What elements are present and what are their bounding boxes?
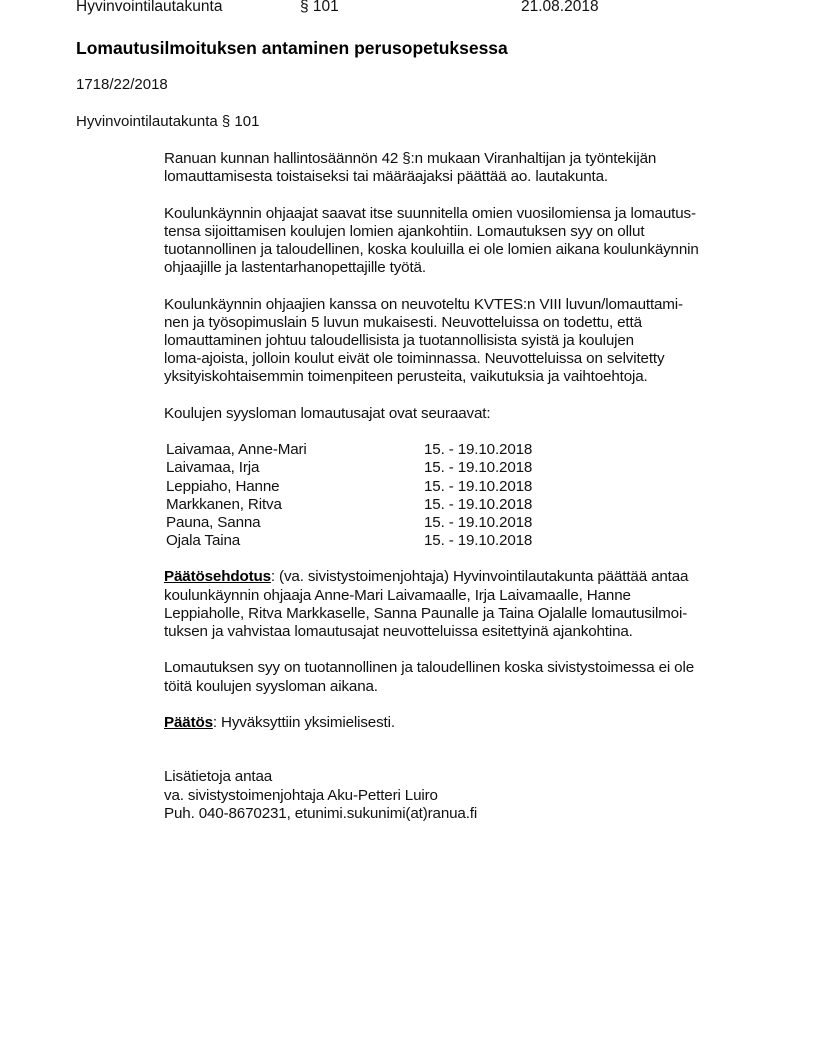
- text-line: Ranuan kunnan hallintosäännön 42 §:n muk…: [164, 150, 754, 168]
- paragraph-planning: Koulunkäynnin ohjaajat saavat itse suunn…: [164, 205, 754, 278]
- text-line: Leppiaholle, Ritva Markkaselle, Sanna Pa…: [164, 605, 754, 623]
- contact-person: va. sivistystoimenjohtaja Aku-Petteri Lu…: [164, 787, 754, 805]
- layoff-period: 15. - 19.10.2018: [424, 478, 532, 496]
- layoff-period: 15. - 19.10.2018: [424, 441, 532, 459]
- text-line: : (va. sivistystoimenjohtaja) Hyvinvoint…: [271, 568, 688, 585]
- header-section: § 101: [300, 0, 339, 16]
- decision-paragraph: Päätös: Hyväksyttiin yksimielisesti.: [164, 714, 754, 732]
- layoff-schedule-table: Laivamaa, Anne-Mari 15. - 19.10.2018 Lai…: [164, 441, 532, 550]
- employee-name: Laivamaa, Irja: [164, 459, 424, 477]
- paragraph-negotiations: Koulunkäynnin ohjaajien kanssa on neuvot…: [164, 296, 754, 387]
- text-line: koulunkäynnin ohjaaja Anne-Mari Laivamaa…: [164, 587, 754, 605]
- text-line: Koulunkäynnin ohjaajien kanssa on neuvot…: [164, 296, 754, 314]
- text-line: töitä koulujen syysloman aikana.: [164, 678, 754, 696]
- employee-name: Markkanen, Ritva: [164, 496, 424, 514]
- reason-paragraph: Lomautuksen syy on tuotannollinen ja tal…: [164, 659, 754, 695]
- proposal-first-line: Päätösehdotus: (va. sivistystoimenjohtaj…: [164, 568, 754, 586]
- layoff-period: 15. - 19.10.2018: [424, 459, 532, 477]
- text-line: lomauttamisesta toistaiseksi tai määräaj…: [164, 168, 754, 186]
- text-line: Lomautuksen syy on tuotannollinen ja tal…: [164, 659, 754, 677]
- table-row: Ojala Taina 15. - 19.10.2018: [164, 532, 532, 550]
- text-line: yksityiskohtaisemmin toimenpiteen perust…: [164, 368, 754, 386]
- contact-intro: Lisätietoja antaa: [164, 768, 754, 786]
- table-row: Leppiaho, Hanne 15. - 19.10.2018: [164, 478, 532, 496]
- text-line: tensa sijoittamisen koulujen lomien ajan…: [164, 223, 754, 241]
- decision-text: : Hyväksyttiin yksimielisesti.: [213, 714, 395, 731]
- proposal-paragraph: Päätösehdotus: (va. sivistystoimenjohtaj…: [164, 568, 754, 641]
- employee-name: Ojala Taina: [164, 532, 424, 550]
- layoff-period: 15. - 19.10.2018: [424, 514, 532, 532]
- text-line: tuotannollinen ja taloudellinen, koska k…: [164, 241, 754, 259]
- employee-name: Leppiaho, Hanne: [164, 478, 424, 496]
- document-number: 1718/22/2018: [76, 76, 168, 94]
- employee-name: Pauna, Sanna: [164, 514, 424, 532]
- text-line: tuksen ja vahvistaa lomautusajat neuvott…: [164, 623, 754, 641]
- header-date: 21.08.2018: [521, 0, 599, 16]
- contact-block: Lisätietoja antaa va. sivistystoimenjoht…: [164, 768, 754, 823]
- section-heading: Hyvinvointilautakunta § 101: [76, 113, 259, 131]
- text-line: nen ja työsopimuslain 5 luvun mukaisesti…: [164, 314, 754, 332]
- table-row: Laivamaa, Anne-Mari 15. - 19.10.2018: [164, 441, 532, 459]
- header-committee: Hyvinvointilautakunta: [76, 0, 222, 16]
- layoff-period: 15. - 19.10.2018: [424, 496, 532, 514]
- table-row: Markkanen, Ritva 15. - 19.10.2018: [164, 496, 532, 514]
- table-row: Pauna, Sanna 15. - 19.10.2018: [164, 514, 532, 532]
- table-row: Laivamaa, Irja 15. - 19.10.2018: [164, 459, 532, 477]
- document-body: Ranuan kunnan hallintosäännön 42 §:n muk…: [164, 150, 754, 841]
- contact-details: Puh. 040-8670231, etunimi.sukunimi(at)ra…: [164, 805, 754, 823]
- document-title: Lomautusilmoituksen antaminen perusopetu…: [76, 37, 508, 59]
- proposal-label: Päätösehdotus: [164, 568, 271, 585]
- paragraph-schedule-intro: Koulujen syysloman lomautusajat ovat seu…: [164, 405, 754, 423]
- paragraph-legal-basis: Ranuan kunnan hallintosäännön 42 §:n muk…: [164, 150, 754, 186]
- text-line: ohjaajille ja lastentarhanopettajille ty…: [164, 259, 754, 277]
- employee-name: Laivamaa, Anne-Mari: [164, 441, 424, 459]
- text-line: lomauttaminen johtuu taloudellisista ja …: [164, 332, 754, 350]
- layoff-period: 15. - 19.10.2018: [424, 532, 532, 550]
- decision-label: Päätös: [164, 714, 213, 731]
- text-line: Koulunkäynnin ohjaajat saavat itse suunn…: [164, 205, 754, 223]
- text-line: loma-ajoista, jolloin koulut eivät ole t…: [164, 350, 754, 368]
- spacer: [164, 750, 754, 768]
